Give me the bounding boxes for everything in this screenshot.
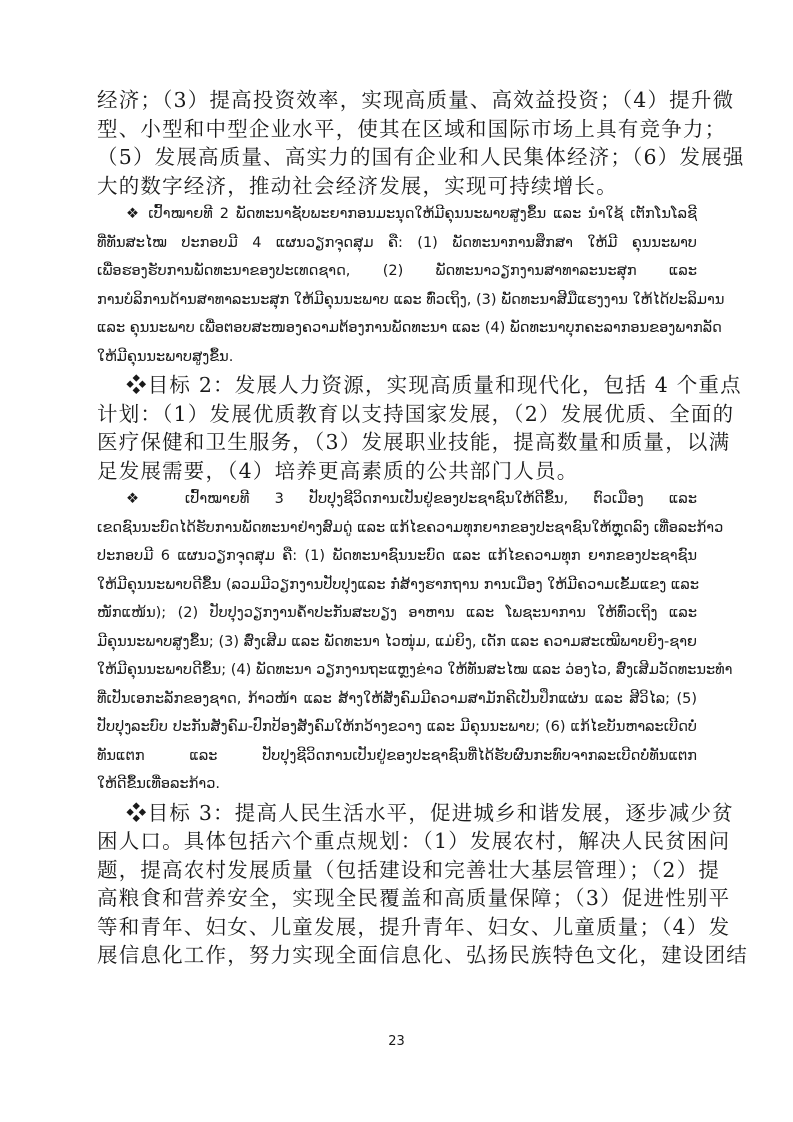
text-line: ປັບປຸງລະບົບ ປະກັນສັງຄົມ-ປົກປ້ອງສັງຄົມໃຫ້… [97, 713, 697, 742]
text-line: ໃຫ້ດີຂຶ້ນເທື່ອລະກ້າວ. [97, 770, 697, 799]
text-line: ມີຄຸນນະພາບສູງຂຶ້ນ; (3) ສົ່ງເສີມ ແລະ ພັດທ… [97, 628, 697, 657]
text-line: ❖ ເປົ້າໝາຍທີ 3 ປັບປຸງຊີວິດການເປັນຢູ່ຂອງປ… [97, 485, 697, 514]
text-line: ທີ່ເປັນເອກະລັກຂອງຊາດ, ກ້າວໜ້າ ແລະ ສ້າງໃຫ… [97, 685, 697, 714]
text-line: 足发展需要，（4）培养更高素质的公共部门人员。 [97, 457, 697, 486]
text-line: 展信息化工作，努力实现全面信息化、弘扬民族特色文化，建设团结 [97, 941, 697, 970]
text-line: ການບໍລິການດ້ານສາທາລະນະສຸກ ໃຫ້ມີຄຸນນະພາບ … [97, 286, 697, 315]
paragraph-zh-goal2: ❖目标 2：发展人力资源，实现高质量和现代化，包括 4 个重点 计划：（1）发展… [97, 371, 697, 485]
page-number: 23 [0, 1034, 793, 1049]
text-line: ❖目标 2：发展人力资源，实现高质量和现代化，包括 4 个重点 [97, 371, 697, 400]
text-line: ເຂດຊົນນະບົດໄດ້ຮັບການພັດທະນາຢ່າງສົມດູ່ ແລ… [97, 514, 697, 543]
paragraph-lo-goal3: ❖ ເປົ້າໝາຍທີ 3 ປັບປຸງຊີວິດການເປັນຢູ່ຂອງປ… [97, 485, 697, 799]
text-line: ທີ່ທັນສະໄໝ ປະກອບມີ 4 ແຜນວຽກຈຸດສຸມ ຄື: (1… [97, 229, 697, 258]
text-line: 大的数字经济，推动社会经济发展，实现可持续增长。 [97, 172, 697, 201]
text-line: ເພື່ອຮອງຮັບການພັດທະນາຂອງປະເທດຊາດ, (2) ພັ… [97, 257, 697, 286]
text-line: ທັນແຕກ ແລະ ປັບປຸງຊີວິດການເປັນຢູ່ຂອງປະຊາຊ… [97, 742, 697, 771]
text-line: 题，提高农村发展质量（包括建设和完善壮大基层管理）；（2）提 [97, 856, 697, 885]
text-line: ໃຫ້ມີຄຸນນະພາບດີຂຶ້ນ (ລວມມີວຽກງານປັບປຸງແລ… [97, 571, 697, 600]
document-page: 经济；（3）提高投资效率，实现高质量、高效益投资；（4）提升微 型、小型和中型企… [0, 0, 793, 1122]
text-line: ແລະ ຄຸນນະພາບ ເພື່ອຕອບສະໜອງຄວາມຕ້ອງການພັດ… [97, 314, 697, 343]
text-line: 经济；（3）提高投资效率，实现高质量、高效益投资；（4）提升微 [97, 86, 697, 115]
text-line: 计划：（1）发展优质教育以支持国家发展，（2）发展优质、全面的 [97, 400, 697, 429]
paragraph-zh-goal3: ❖目标 3：提高人民生活水平，促进城乡和谐发展，逐步减少贫 困人口。具体包括六个… [97, 799, 697, 970]
text-line: ໃຫ້ມີຄຸນນະພາບສູງຂຶ້ນ. [97, 343, 697, 372]
text-line: 高粮食和营养安全，实现全民覆盖和高质量保障；（3）促进性别平 [97, 884, 697, 913]
text-line: 型、小型和中型企业水平，使其在区域和国际市场上具有竞争力； [97, 115, 697, 144]
paragraph-zh-goal1-continuation: 经济；（3）提高投资效率，实现高质量、高效益投资；（4）提升微 型、小型和中型企… [97, 86, 697, 200]
text-line: ປະກອບມີ 6 ແຜນວຽກຈຸດສຸມ ຄື: (1) ພັດທະນາຊົ… [97, 542, 697, 571]
text-line: ໃຫ້ມີຄຸນນະພາບດີຂຶ້ນ; (4) ພັດທະນາ ວຽກງານຖ… [97, 656, 697, 685]
text-line: （5）发展高质量、高实力的国有企业和人民集体经济；（6）发展强 [97, 143, 697, 172]
text-line: 困人口。具体包括六个重点规划：（1）发展农村，解决人民贫困问 [97, 827, 697, 856]
text-line: ໜັກແໜ້ນ); (2) ປັບປຸງວຽກງານຄ້ຳປະກັນສະບຽງ … [97, 599, 697, 628]
text-line: ❖目标 3：提高人民生活水平，促进城乡和谐发展，逐步减少贫 [97, 799, 697, 828]
paragraph-lo-goal2: ❖ ເປົ້າໝາຍທີ 2 ພັດທະນາຊັບພະຍາກອນມະນຸດໃຫ້… [97, 200, 697, 371]
text-line: 医疗保健和卫生服务，（3）发展职业技能，提高数量和质量，以满 [97, 428, 697, 457]
text-line: 等和青年、妇女、儿童发展，提升青年、妇女、儿童质量；（4）发 [97, 913, 697, 942]
text-line: ❖ ເປົ້າໝາຍທີ 2 ພັດທະນາຊັບພະຍາກອນມະນຸດໃຫ້… [97, 200, 697, 229]
page-body: 经济；（3）提高投资效率，实现高质量、高效益投资；（4）提升微 型、小型和中型企… [97, 86, 697, 970]
